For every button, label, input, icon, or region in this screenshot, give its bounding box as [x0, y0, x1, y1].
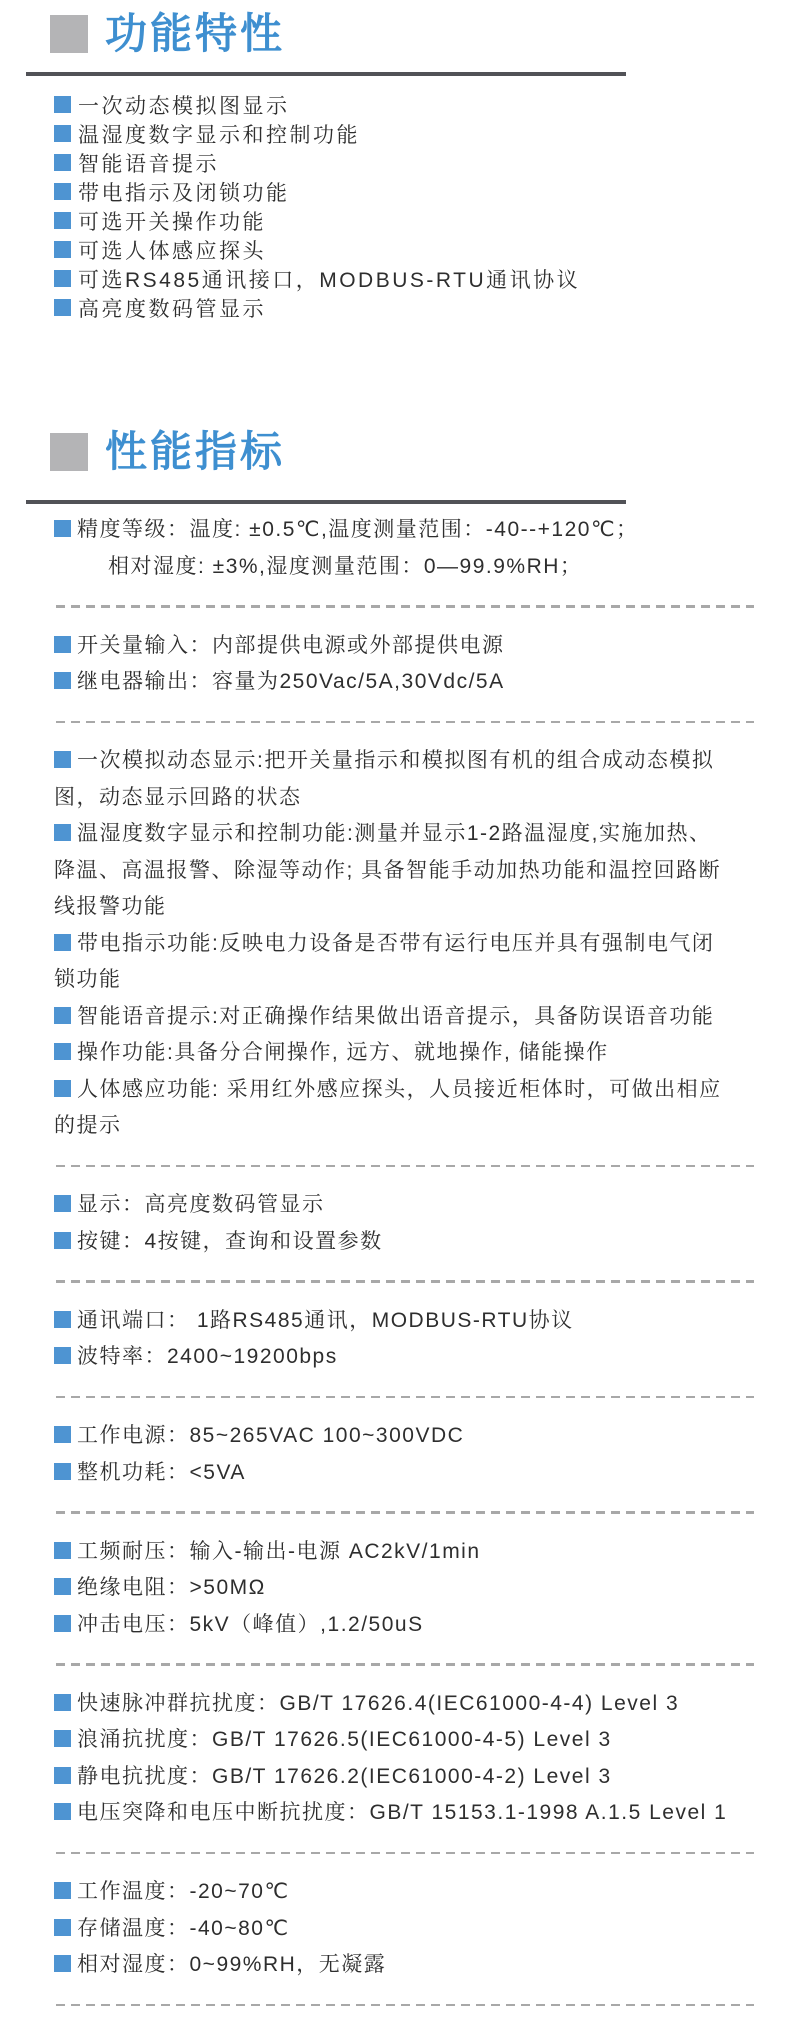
spec-item: 工频耐压：输入-输出-电源 AC2kV/1min — [54, 1534, 800, 1571]
spec-text: 一次模拟动态显示:把开关量指示和模拟图有机的组合成动态模拟 — [77, 749, 714, 772]
spec-group: 显示：高亮度数码管显示按键：4按键，查询和设置参数 — [54, 1187, 800, 1260]
bullet-square-icon — [54, 1080, 71, 1097]
section-marker-square-icon — [50, 433, 88, 471]
feature-item: 温湿度数字显示和控制功能 — [54, 119, 800, 148]
spec-item: 精度等级：温度: ±0.5℃,温度测量范围：-40--+120℃；相对湿度: ±… — [54, 512, 800, 585]
spec-text: 整机功耗：<5VA — [77, 1461, 246, 1484]
bullet-square-icon — [54, 154, 71, 171]
bullet-square-icon — [54, 1694, 71, 1711]
spec-item: 波特率：2400~19200bps — [54, 1339, 800, 1376]
spec-item: 人体感应功能: 采用红外感应探头，人员接近柜体时，可做出相应的提示 — [54, 1072, 800, 1145]
spec-line-continuation: 相对湿度: ±3%,湿度测量范围：0—99.9%RH； — [54, 549, 800, 586]
spec-line: 操作功能:具备分合闸操作, 远方、就地操作, 储能操作 — [54, 1035, 800, 1072]
spec-group: 工作电源：85~265VAC 100~300VDC整机功耗：<5VA — [54, 1418, 800, 1491]
feature-item: 可选开关操作功能 — [54, 206, 800, 235]
feature-label: 智能语音提示 — [78, 148, 219, 178]
spec-text: 相对湿度：0~99%RH，无凝露 — [77, 1953, 386, 1976]
bullet-square-icon — [54, 1578, 71, 1595]
bullet-square-icon — [54, 934, 71, 951]
bullet-square-icon — [54, 1311, 71, 1328]
spec-item: 温湿度数字显示和控制功能:测量并显示1-2路温湿度,实施加热、降温、高温报警、除… — [54, 816, 800, 926]
bullet-square-icon — [54, 1919, 71, 1936]
spec-item: 工作电源：85~265VAC 100~300VDC — [54, 1418, 800, 1455]
spec-line: 快速脉冲群抗扰度：GB/T 17626.4(IEC61000-4-4) Leve… — [54, 1686, 800, 1723]
bullet-square-icon — [54, 1007, 71, 1024]
spec-text: 工作电源：85~265VAC 100~300VDC — [77, 1424, 464, 1447]
spec-line-continuation: 降温、高温报警、除湿等动作; 具备智能手动加热功能和温控回路断 — [54, 853, 800, 890]
bullet-square-icon — [54, 824, 71, 841]
spec-text: 冲击电压：5kV（峰值）,1.2/50uS — [77, 1613, 424, 1636]
feature-label: 一次动态模拟图显示 — [78, 90, 290, 120]
spec-text: 绝缘电阻：>50MΩ — [77, 1576, 266, 1599]
spec-text: 精度等级：温度: ±0.5℃,温度测量范围：-40--+120℃； — [77, 518, 639, 541]
spec-text: 锁功能 — [54, 968, 122, 991]
bullet-square-icon — [54, 1542, 71, 1559]
bullet-square-icon — [54, 270, 71, 287]
spec-line-continuation: 线报警功能 — [54, 889, 800, 926]
spec-line: 相对湿度：0~99%RH，无凝露 — [54, 1947, 800, 1984]
spec-text: 浪涌抗扰度：GB/T 17626.5(IEC61000-4-5) Level 3 — [77, 1728, 612, 1751]
spec-group: 工频耐压：输入-输出-电源 AC2kV/1min绝缘电阻：>50MΩ冲击电压：5… — [54, 1534, 800, 1644]
spec-line: 人体感应功能: 采用红外感应探头，人员接近柜体时，可做出相应 — [54, 1072, 800, 1109]
section-header-features: 功能特性 — [50, 12, 800, 56]
spec-item: 浪涌抗扰度：GB/T 17626.5(IEC61000-4-5) Level 3 — [54, 1722, 800, 1759]
spec-text: 按键：4按键，查询和设置参数 — [77, 1230, 383, 1253]
spec-line-continuation: 的提示 — [54, 1108, 800, 1145]
spec-item: 带电指示功能:反映电力设备是否带有运行电压并具有强制电气闭锁功能 — [54, 926, 800, 999]
spec-line: 温湿度数字显示和控制功能:测量并显示1-2路温湿度,实施加热、 — [54, 816, 800, 853]
spec-line: 电压突降和电压中断抗扰度：GB/T 15153.1-1998 A.1.5 Lev… — [54, 1795, 800, 1832]
spec-text: 的提示 — [54, 1114, 122, 1137]
spec-text: 工作温度：-20~70℃ — [77, 1880, 290, 1903]
section-title-specs: 性能指标 — [105, 430, 285, 474]
spec-line: 一次模拟动态显示:把开关量指示和模拟图有机的组合成动态模拟 — [54, 743, 800, 780]
bullet-square-icon — [54, 1347, 71, 1364]
spec-line-continuation: 锁功能 — [54, 962, 800, 999]
feature-label: 可选开关操作功能 — [78, 206, 266, 236]
spec-line: 绝缘电阻：>50MΩ — [54, 1570, 800, 1607]
spec-item: 电压突降和电压中断抗扰度：GB/T 15153.1-1998 A.1.5 Lev… — [54, 1795, 800, 1832]
section-underline — [26, 72, 626, 76]
spec-text: 智能语音提示:对正确操作结果做出语音提示，具备防误语音功能 — [77, 1005, 714, 1028]
feature-label: 可选人体感应探头 — [78, 235, 266, 265]
spec-line: 冲击电压：5kV（峰值）,1.2/50uS — [54, 1607, 800, 1644]
spec-item: 继电器输出：容量为250Vac/5A,30Vdc/5A — [54, 664, 800, 701]
spec-line: 智能语音提示:对正确操作结果做出语音提示，具备防误语音功能 — [54, 999, 800, 1036]
spec-line: 通讯端口： 1路RS485通讯，MODBUS-RTU协议 — [54, 1303, 800, 1340]
spec-text: 降温、高温报警、除湿等动作; 具备智能手动加热功能和温控回路断 — [54, 859, 721, 882]
spec-item: 通讯端口： 1路RS485通讯，MODBUS-RTU协议 — [54, 1303, 800, 1340]
spec-text: 人体感应功能: 采用红外感应探头，人员接近柜体时，可做出相应 — [77, 1078, 722, 1101]
spec-line: 精度等级：温度: ±0.5℃,温度测量范围：-40--+120℃； — [54, 512, 800, 549]
spec-item: 绝缘电阻：>50MΩ — [54, 1570, 800, 1607]
spec-line: 带电指示功能:反映电力设备是否带有运行电压并具有强制电气闭 — [54, 926, 800, 963]
spec-text: 静电抗扰度：GB/T 17626.2(IEC61000-4-2) Level 3 — [77, 1765, 612, 1788]
spec-item: 操作功能:具备分合闸操作, 远方、就地操作, 储能操作 — [54, 1035, 800, 1072]
bullet-square-icon — [54, 1882, 71, 1899]
spec-line: 存储温度：-40~80℃ — [54, 1911, 800, 1948]
feature-label: 可选RS485通讯接口，MODBUS-RTU通讯协议 — [78, 264, 580, 294]
bullet-square-icon — [54, 299, 71, 316]
spec-line: 浪涌抗扰度：GB/T 17626.5(IEC61000-4-5) Level 3 — [54, 1722, 800, 1759]
feature-item: 可选人体感应探头 — [54, 235, 800, 264]
spec-text: 相对湿度: ±3%,湿度测量范围：0—99.9%RH； — [108, 555, 582, 578]
bullet-square-icon — [54, 96, 71, 113]
spec-item: 相对湿度：0~99%RH，无凝露 — [54, 1947, 800, 1984]
spec-sheet-page: 功能特性 一次动态模拟图显示温湿度数字显示和控制功能智能语音提示带电指示及闭锁功… — [0, 12, 800, 2006]
bullet-square-icon — [54, 1615, 71, 1632]
feature-item: 带电指示及闭锁功能 — [54, 177, 800, 206]
spec-line: 工作温度：-20~70℃ — [54, 1874, 800, 1911]
spec-group: 开关量输入：内部提供电源或外部提供电源继电器输出：容量为250Vac/5A,30… — [54, 628, 800, 701]
bullet-square-icon — [54, 1463, 71, 1480]
spec-line: 工频耐压：输入-输出-电源 AC2kV/1min — [54, 1534, 800, 1571]
spec-text: 通讯端口： 1路RS485通讯，MODBUS-RTU协议 — [77, 1309, 574, 1332]
spec-line: 波特率：2400~19200bps — [54, 1339, 800, 1376]
spec-text: 开关量输入：内部提供电源或外部提供电源 — [77, 634, 505, 657]
spec-item: 静电抗扰度：GB/T 17626.2(IEC61000-4-2) Level 3 — [54, 1759, 800, 1796]
bullet-square-icon — [54, 636, 71, 653]
section-header-specs: 性能指标 — [50, 430, 800, 474]
spec-group: 快速脉冲群抗扰度：GB/T 17626.4(IEC61000-4-4) Leve… — [54, 1686, 800, 1832]
spec-text: 温湿度数字显示和控制功能:测量并显示1-2路温湿度,实施加热、 — [77, 822, 712, 845]
spec-item: 按键：4按键，查询和设置参数 — [54, 1224, 800, 1261]
spec-item: 开关量输入：内部提供电源或外部提供电源 — [54, 628, 800, 665]
spec-item: 工作温度：-20~70℃ — [54, 1874, 800, 1911]
dashed-divider — [56, 1165, 754, 1168]
feature-item: 一次动态模拟图显示 — [54, 90, 800, 119]
bullet-square-icon — [54, 241, 71, 258]
spec-text: 工频耐压：输入-输出-电源 AC2kV/1min — [77, 1540, 481, 1563]
spec-group: 工作温度：-20~70℃存储温度：-40~80℃相对湿度：0~99%RH，无凝露 — [54, 1874, 800, 1984]
bullet-square-icon — [54, 212, 71, 229]
dashed-divider — [56, 2004, 754, 2007]
spec-item: 智能语音提示:对正确操作结果做出语音提示，具备防误语音功能 — [54, 999, 800, 1036]
spec-line: 继电器输出：容量为250Vac/5A,30Vdc/5A — [54, 664, 800, 701]
spec-text: 显示：高亮度数码管显示 — [77, 1193, 325, 1216]
dashed-divider — [56, 1396, 754, 1399]
feature-label: 带电指示及闭锁功能 — [78, 177, 290, 207]
spec-item: 一次模拟动态显示:把开关量指示和模拟图有机的组合成动态模拟图，动态显示回路的状态 — [54, 743, 800, 816]
dashed-divider — [56, 1511, 754, 1514]
section-marker-square-icon — [50, 15, 88, 53]
spec-text: 存储温度：-40~80℃ — [77, 1917, 290, 1940]
section-title-features: 功能特性 — [105, 12, 285, 56]
spec-item: 快速脉冲群抗扰度：GB/T 17626.4(IEC61000-4-4) Leve… — [54, 1686, 800, 1723]
bullet-square-icon — [54, 1195, 71, 1212]
dashed-divider — [56, 1852, 754, 1855]
spec-group: 一次模拟动态显示:把开关量指示和模拟图有机的组合成动态模拟图，动态显示回路的状态… — [54, 743, 800, 1145]
section-underline — [26, 500, 626, 504]
bullet-square-icon — [54, 1232, 71, 1249]
bullet-square-icon — [54, 1767, 71, 1784]
spec-text: 图，动态显示回路的状态 — [54, 786, 302, 809]
bullet-square-icon — [54, 672, 71, 689]
bullet-square-icon — [54, 1426, 71, 1443]
feature-list: 一次动态模拟图显示温湿度数字显示和控制功能智能语音提示带电指示及闭锁功能可选开关… — [54, 90, 800, 322]
spec-item: 显示：高亮度数码管显示 — [54, 1187, 800, 1224]
dashed-divider — [56, 1663, 754, 1666]
spec-text: 波特率：2400~19200bps — [77, 1345, 338, 1368]
feature-item: 智能语音提示 — [54, 148, 800, 177]
spec-line: 显示：高亮度数码管显示 — [54, 1187, 800, 1224]
spec-line: 开关量输入：内部提供电源或外部提供电源 — [54, 628, 800, 665]
spec-text: 操作功能:具备分合闸操作, 远方、就地操作, 储能操作 — [77, 1041, 609, 1064]
bullet-square-icon — [54, 125, 71, 142]
dashed-divider — [56, 721, 754, 724]
spec-text: 快速脉冲群抗扰度：GB/T 17626.4(IEC61000-4-4) Leve… — [77, 1692, 679, 1715]
spec-item: 存储温度：-40~80℃ — [54, 1911, 800, 1948]
feature-label: 高亮度数码管显示 — [78, 293, 266, 323]
spec-list: 精度等级：温度: ±0.5℃,温度测量范围：-40--+120℃；相对湿度: ±… — [54, 512, 800, 2006]
spec-line-continuation: 图，动态显示回路的状态 — [54, 780, 800, 817]
bullet-square-icon — [54, 1730, 71, 1747]
bullet-square-icon — [54, 520, 71, 537]
feature-item: 可选RS485通讯接口，MODBUS-RTU通讯协议 — [54, 264, 800, 293]
feature-label: 温湿度数字显示和控制功能 — [78, 119, 360, 149]
dashed-divider — [56, 1280, 754, 1283]
bullet-square-icon — [54, 183, 71, 200]
bullet-square-icon — [54, 1803, 71, 1820]
spec-line: 工作电源：85~265VAC 100~300VDC — [54, 1418, 800, 1455]
bullet-square-icon — [54, 1955, 71, 1972]
spec-item: 整机功耗：<5VA — [54, 1455, 800, 1492]
spec-line: 整机功耗：<5VA — [54, 1455, 800, 1492]
dashed-divider — [56, 605, 754, 608]
spec-text: 带电指示功能:反映电力设备是否带有运行电压并具有强制电气闭 — [77, 932, 714, 955]
feature-item: 高亮度数码管显示 — [54, 293, 800, 322]
spec-group: 精度等级：温度: ±0.5℃,温度测量范围：-40--+120℃；相对湿度: ±… — [54, 512, 800, 585]
spec-group: 通讯端口： 1路RS485通讯，MODBUS-RTU协议波特率：2400~192… — [54, 1303, 800, 1376]
spec-text: 线报警功能 — [54, 895, 167, 918]
bullet-square-icon — [54, 1043, 71, 1060]
spec-text: 电压突降和电压中断抗扰度：GB/T 15153.1-1998 A.1.5 Lev… — [77, 1801, 727, 1824]
spec-line: 静电抗扰度：GB/T 17626.2(IEC61000-4-2) Level 3 — [54, 1759, 800, 1796]
bullet-square-icon — [54, 751, 71, 768]
spec-item: 冲击电压：5kV（峰值）,1.2/50uS — [54, 1607, 800, 1644]
spec-line: 按键：4按键，查询和设置参数 — [54, 1224, 800, 1261]
spec-text: 继电器输出：容量为250Vac/5A,30Vdc/5A — [77, 670, 505, 693]
